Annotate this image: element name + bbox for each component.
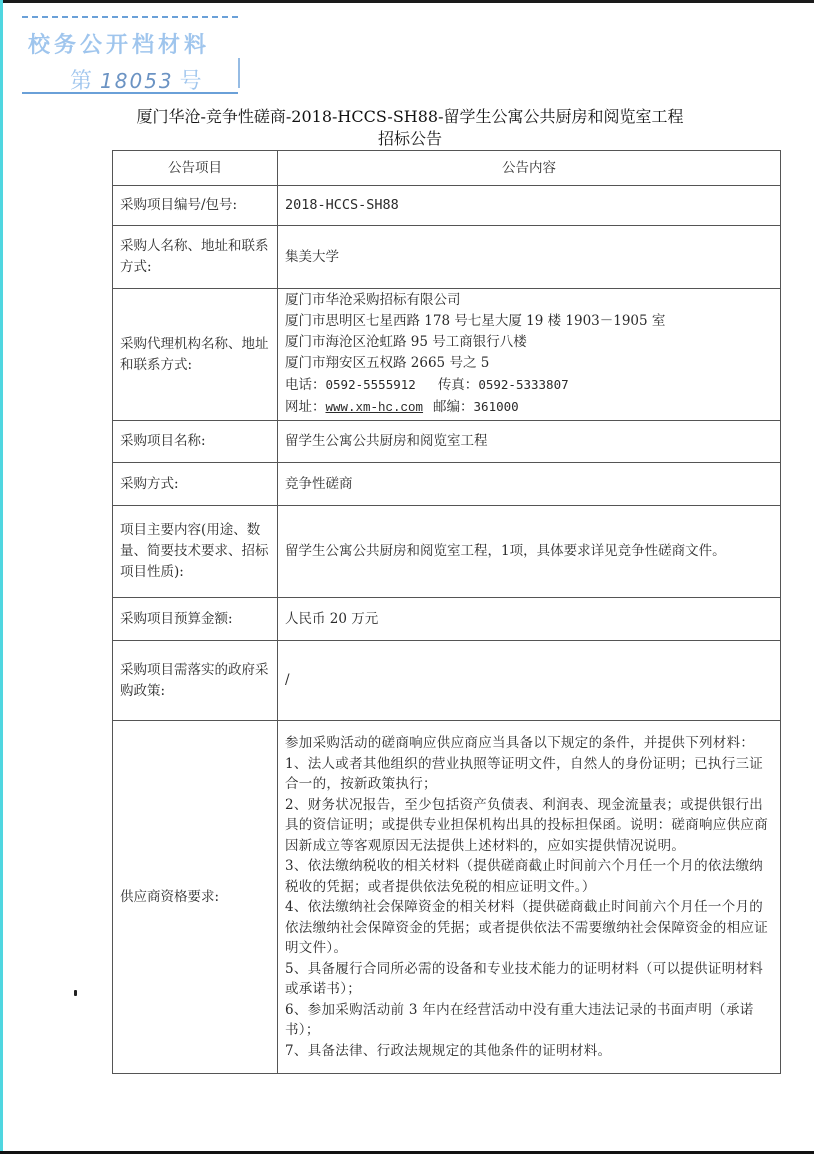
header-item: 公告项目 — [113, 151, 278, 186]
requirement-item: 4、依法缴纳社会保障资金的相关材料（提供磋商截止时间前六个月任一个月的依法缴纳社… — [285, 897, 773, 959]
requirement-item: 7、具备法律、行政法规规定的其他条件的证明材料。 — [285, 1041, 773, 1062]
document-title: 厦门华沧-竞争性磋商-2018-HCCS-SH88-留学生公寓公共厨房和阅览室工… — [100, 106, 720, 128]
project-name: 留学生公寓公共厨房和阅览室工程 — [278, 421, 781, 463]
document-subtitle: 招标公告 — [100, 128, 720, 150]
policy-content: / — [278, 641, 781, 721]
agency-address-1: 厦门市思明区七星西路 178 号七星大厦 19 楼 1903－1905 室 — [285, 311, 773, 332]
agency-phone-fax: 电话：0592-5555912传真：0592-5333807 — [285, 374, 773, 396]
table-row: 采购方式: 竞争性磋商 — [113, 463, 781, 506]
table-row: 采购项目预算金额: 人民币 20 万元 — [113, 598, 781, 641]
stamp-prefix: 第 — [70, 69, 94, 94]
row-label: 采购方式: — [113, 463, 278, 506]
table-row: 采购项目名称: 留学生公寓公共厨房和阅览室工程 — [113, 421, 781, 463]
table-row: 采购代理机构名称、地址和联系方式: 厦门市华沧采购招标有限公司 厦门市思明区七星… — [113, 289, 781, 421]
requirement-item: 2、财务状况报告，至少包括资产负债表、利润表、现金流量表；或提供银行出具的资信证… — [285, 795, 773, 857]
requirements-intro: 参加采购活动的磋商响应供应商应当具备以下规定的条件，并提供下列材料： — [285, 733, 773, 754]
requirement-item: 3、依法缴纳税收的相关材料（提供磋商截止时间前六个月任一个月的依法缴纳税收的凭据… — [285, 856, 773, 897]
agency-address-3: 厦门市翔安区五权路 2665 号之 5 — [285, 353, 773, 374]
phone-number: 0592-5555912 — [326, 377, 416, 392]
table-row: 供应商资格要求: 参加采购活动的磋商响应供应商应当具备以下规定的条件，并提供下列… — [113, 721, 781, 1074]
budget-amount: 人民币 20 万元 — [278, 598, 781, 641]
table-row: 采购项目编号/包号: 2018-HCCS-SH88 — [113, 186, 781, 226]
scan-top-edge — [0, 0, 814, 3]
row-label: 采购人名称、地址和联系方式: — [113, 226, 278, 289]
requirement-item: 5、具备履行合同所必需的设备和专业技术能力的证明材料（可以提供证明材料或承诺书）… — [285, 959, 773, 1000]
stamp-title: 校务公开档材料 — [28, 28, 210, 59]
scan-left-edge — [0, 0, 3, 1154]
scan-speck — [74, 990, 77, 996]
requirement-item: 6、参加采购活动前 3 年内在经营活动中没有重大违法记录的书面声明（承诺书）； — [285, 1000, 773, 1041]
table-row: 采购人名称、地址和联系方式: 集美大学 — [113, 226, 781, 289]
agency-web-post: 网址：www.xm-hc.com邮编：361000 — [285, 396, 773, 419]
table-row: 项目主要内容(用途、数量、简要技术要求、招标项目性质): 留学生公寓公共厨房和阅… — [113, 506, 781, 598]
row-label: 采购项目编号/包号: — [113, 186, 278, 226]
project-main-content: 留学生公寓公共厨房和阅览室工程，1项，具体要求详见竞争性磋商文件。 — [278, 506, 781, 598]
stamp-number-line: 第18053号 — [70, 64, 204, 95]
fax-number: 0592-5333807 — [478, 377, 568, 392]
agency-info: 厦门市华沧采购招标有限公司 厦门市思明区七星西路 178 号七星大厦 19 楼 … — [278, 289, 781, 421]
table-row: 采购项目需落实的政府采购政策: / — [113, 641, 781, 721]
stamp-number: 18053 — [100, 69, 174, 93]
requirement-item: 1、法人或者其他组织的营业执照等证明文件，自然人的身份证明；已执行三证合一的，按… — [285, 754, 773, 795]
agency-address-2: 厦门市海沧区沧虹路 95 号工商银行八楼 — [285, 332, 773, 353]
row-label: 项目主要内容(用途、数量、简要技术要求、招标项目性质): — [113, 506, 278, 598]
header-content: 公告内容 — [278, 151, 781, 186]
stamp-border-mark — [238, 58, 240, 88]
phone-label: 电话： — [285, 377, 326, 393]
row-label: 采购代理机构名称、地址和联系方式: — [113, 289, 278, 421]
website-label: 网址： — [285, 399, 326, 415]
table-header-row: 公告项目 公告内容 — [113, 151, 781, 186]
archive-stamp: 校务公开档材料 第18053号 — [22, 16, 238, 94]
project-number: 2018-HCCS-SH88 — [278, 186, 781, 226]
website-link[interactable]: www.xm-hc.com — [326, 401, 424, 415]
supplier-requirements: 参加采购活动的磋商响应供应商应当具备以下规定的条件，并提供下列材料： 1、法人或… — [278, 721, 781, 1074]
postcode-label: 邮编： — [433, 399, 474, 415]
announcement-table: 公告项目 公告内容 采购项目编号/包号: 2018-HCCS-SH88 采购人名… — [112, 150, 781, 1074]
stamp-suffix: 号 — [180, 69, 204, 94]
procurement-method: 竞争性磋商 — [278, 463, 781, 506]
row-label: 采购项目预算金额: — [113, 598, 278, 641]
row-label: 采购项目需落实的政府采购政策: — [113, 641, 278, 721]
agency-name: 厦门市华沧采购招标有限公司 — [285, 290, 773, 311]
row-label: 采购项目名称: — [113, 421, 278, 463]
postcode: 361000 — [474, 399, 519, 414]
row-label: 供应商资格要求: — [113, 721, 278, 1074]
fax-label: 传真： — [438, 377, 479, 393]
purchaser-name: 集美大学 — [278, 226, 781, 289]
